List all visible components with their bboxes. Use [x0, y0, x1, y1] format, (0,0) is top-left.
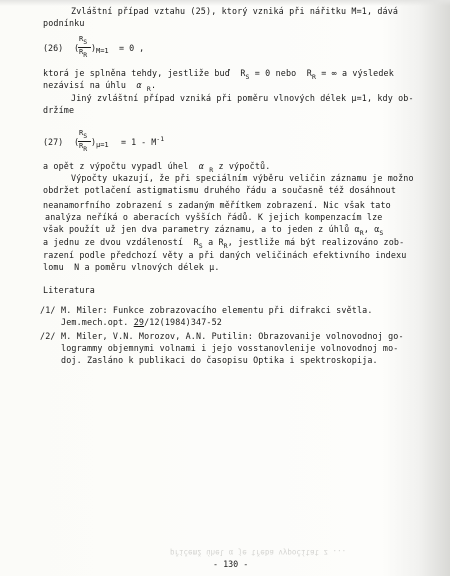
equation-26-rhs: = 0 , [119, 43, 144, 53]
reference-1-line-2: Jem.mech.opt. 29/12(1984)347-52 [61, 317, 222, 327]
reference-number: /1/ [40, 305, 56, 315]
paragraph-2-line-2: nezávisí na úhlu α R. [43, 80, 156, 91]
equation-26-label: (26) [43, 43, 63, 53]
paragraph-5-line-2: obdržet potlačení astigmatismu druhého ř… [43, 185, 396, 195]
paragraph-5-line-3: neanamorfního zobrazení s zadaným měřítk… [43, 200, 391, 210]
reference-number: /2/ [40, 331, 56, 341]
bleed-through-text: přičemž úhel α je třeba vypočítat z ... [170, 548, 346, 557]
paragraph-5-line-6: a jednu ze dvou vzdáleností RS a RR, jes… [43, 237, 404, 248]
reference-2-line-2: logrammy objemnymi volnami i jejo vossta… [61, 343, 399, 353]
equation-27-label: (27) [43, 137, 63, 147]
paragraph-1-line-2: podnínku [43, 18, 85, 28]
equation-26-denominator: RR [79, 49, 87, 56]
equation-26-condition: M=1 [96, 47, 109, 55]
document-page: Zvláštní případ vztahu (25), ktorý vznik… [0, 0, 450, 576]
equation-27-denominator: RR [79, 143, 87, 150]
paragraph-5-line-5: však použít už jen dva parametry záznamu… [43, 224, 383, 235]
references-heading: Literatura [43, 285, 95, 295]
page-number: - 130 - [213, 559, 248, 569]
equation-27-condition: μ=1 [96, 141, 109, 149]
reference-1-line-1: M. Miler: Funkce zobrazovacího elementu … [61, 305, 373, 315]
reference-2-line-3: doj. Zasláno k publikaci do časopisu Opt… [61, 355, 378, 365]
paragraph-5-line-8: lomu N a poměru vlnových délek μ. [43, 262, 220, 272]
paragraph-2-line-1: ktorá je splněna tehdy, jestliže buď RS … [43, 68, 394, 79]
paragraph-4-line-1: a opět z výpočtu vypadl úhel α R z výpoč… [43, 161, 270, 172]
paragraph-1-line-1: Zvláštní případ vztahu (25), ktorý vznik… [71, 6, 398, 16]
paragraph-3-line-1: Jiný zvláštní případ vzniká při poměru v… [71, 93, 414, 103]
equation-26-numerator: RS [79, 36, 87, 43]
paragraph-3-line-2: držíme [43, 105, 74, 115]
paragraph-5-line-4: analýza neříká o aberacích vyšších řádů.… [45, 212, 383, 222]
paragraph-5-line-1: Výpočty ukazují, že při speciálním výběr… [71, 173, 414, 183]
equation-27-numerator: RS [79, 130, 87, 137]
paragraph-5-line-7: razení podle předchozí věty a při daných… [43, 250, 406, 260]
equation-27-rhs: = 1 - M-1 [121, 137, 164, 147]
reference-2-line-1: M. Miler, V.N. Morozov, A.N. Putilin: Ob… [61, 331, 404, 341]
